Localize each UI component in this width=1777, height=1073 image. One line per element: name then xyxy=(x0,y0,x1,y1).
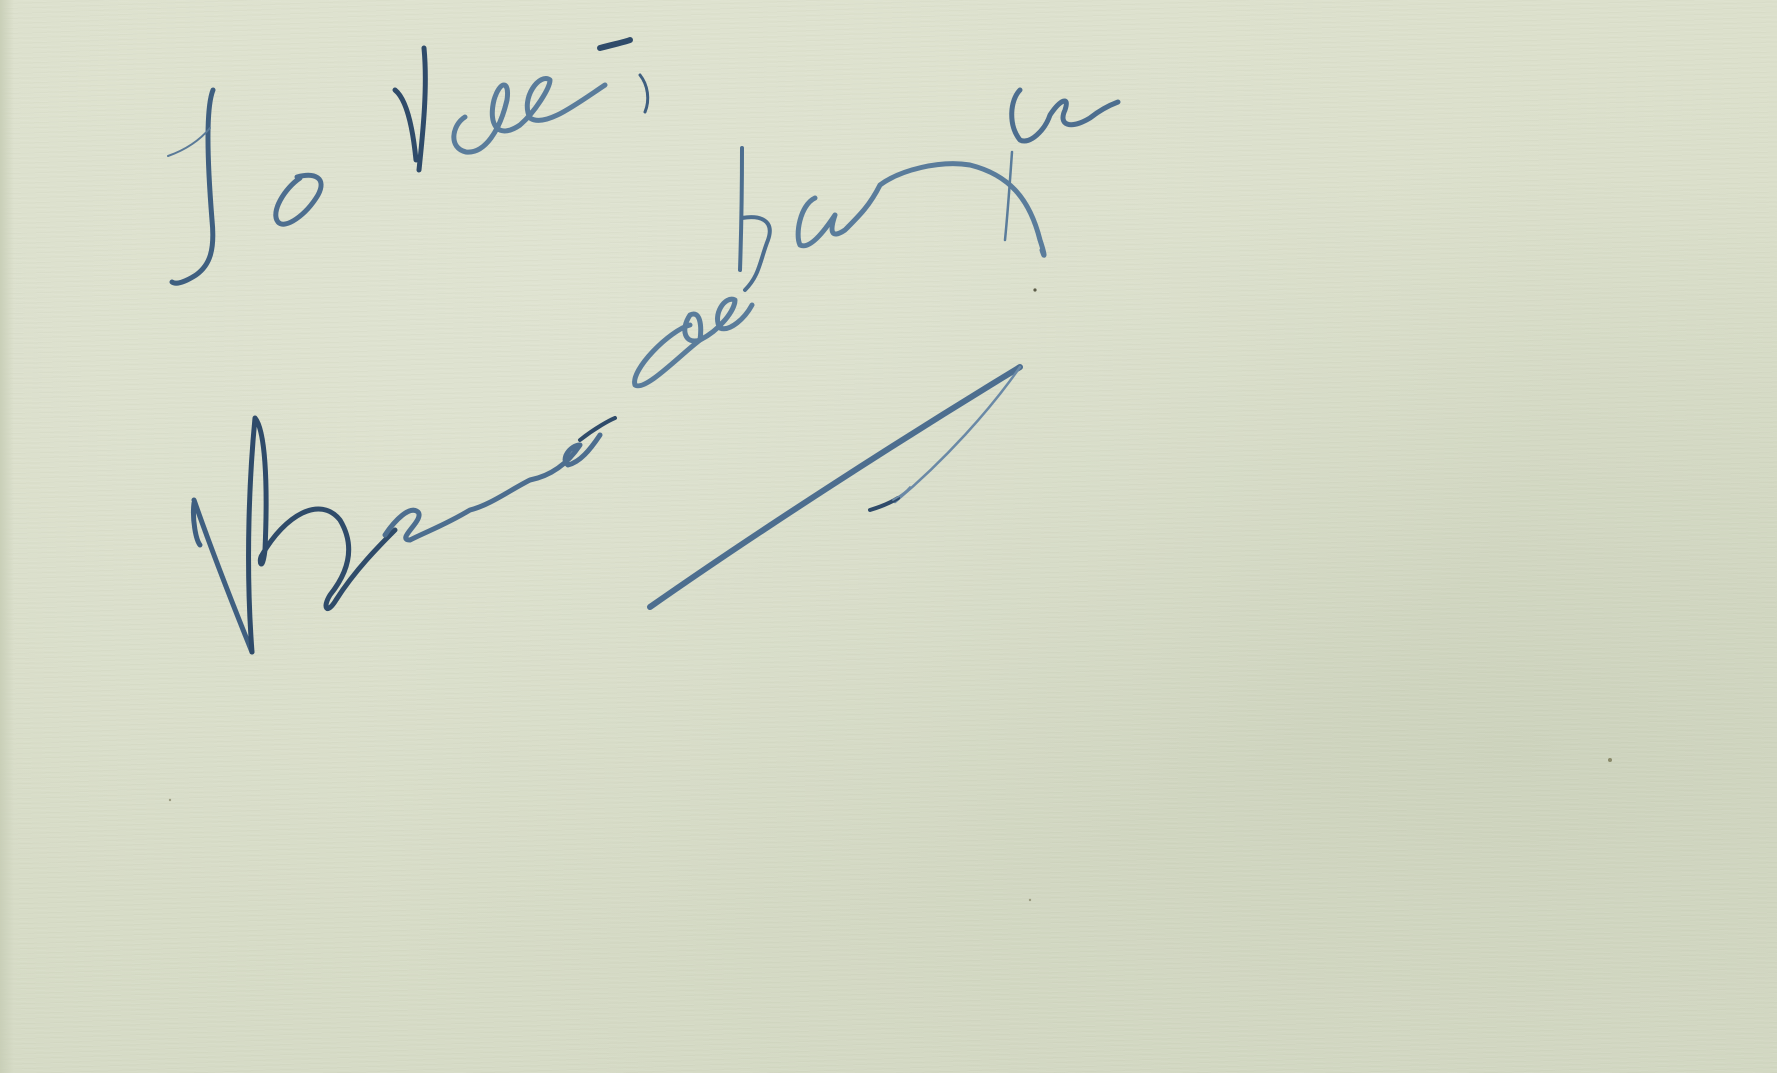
paper-specks xyxy=(169,288,1612,901)
handwriting-ink xyxy=(0,0,1777,1073)
autograph-card: To Peter, Brenda de Banzie xyxy=(0,0,1777,1073)
underline-flourish xyxy=(650,367,1020,607)
signature-handwriting xyxy=(193,90,1118,652)
dedication-handwriting xyxy=(168,40,648,283)
